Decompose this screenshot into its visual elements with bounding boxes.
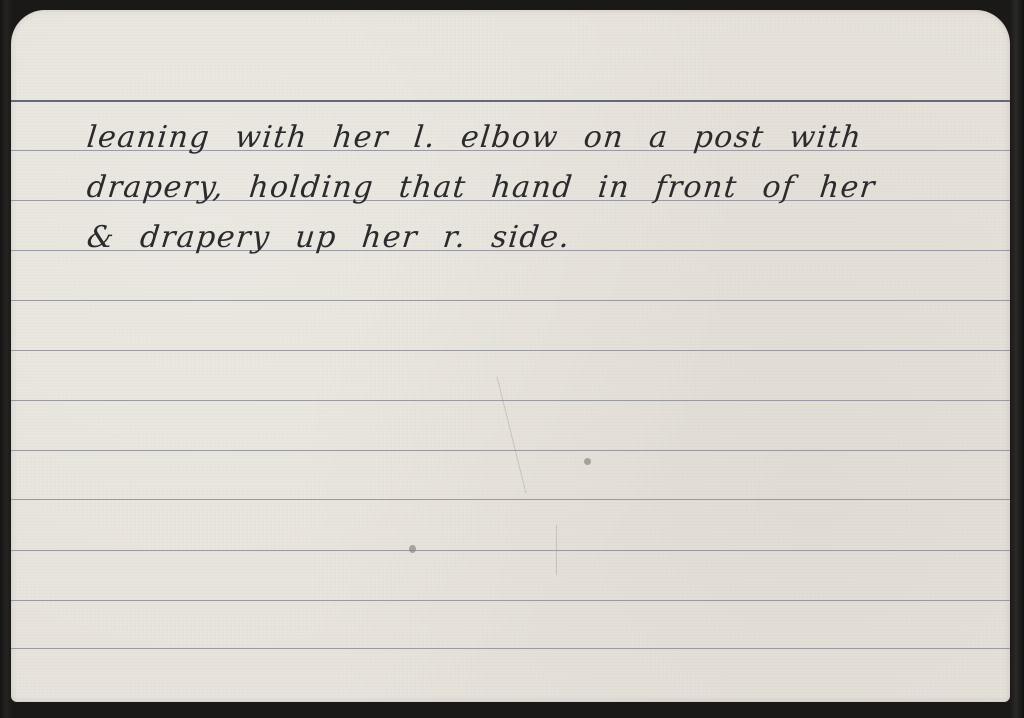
- ruled-line: [11, 550, 1010, 551]
- paper-speck: [584, 458, 591, 465]
- paper-crease: [496, 377, 526, 494]
- ruled-line: [11, 400, 1010, 401]
- ruled-line: [11, 648, 1010, 649]
- handwriting-line-2: drapery, holding that hand in front of h…: [85, 170, 877, 205]
- ruled-line: [11, 499, 1010, 500]
- ruled-line: [11, 450, 1010, 451]
- ruled-line: [11, 300, 1010, 301]
- paper-crease: [556, 525, 557, 575]
- ruled-line: [11, 600, 1010, 601]
- index-card: leaning with her l. elbow on a post with…: [11, 10, 1010, 702]
- paper-speck: [409, 545, 416, 553]
- header-rule: [11, 100, 1010, 102]
- ruled-line: [11, 350, 1010, 351]
- handwriting-line-3: & drapery up her r. side.: [85, 220, 572, 255]
- scanned-card-image: leaning with her l. elbow on a post with…: [0, 0, 1024, 718]
- handwriting-line-1: leaning with her l. elbow on a post with: [85, 120, 864, 155]
